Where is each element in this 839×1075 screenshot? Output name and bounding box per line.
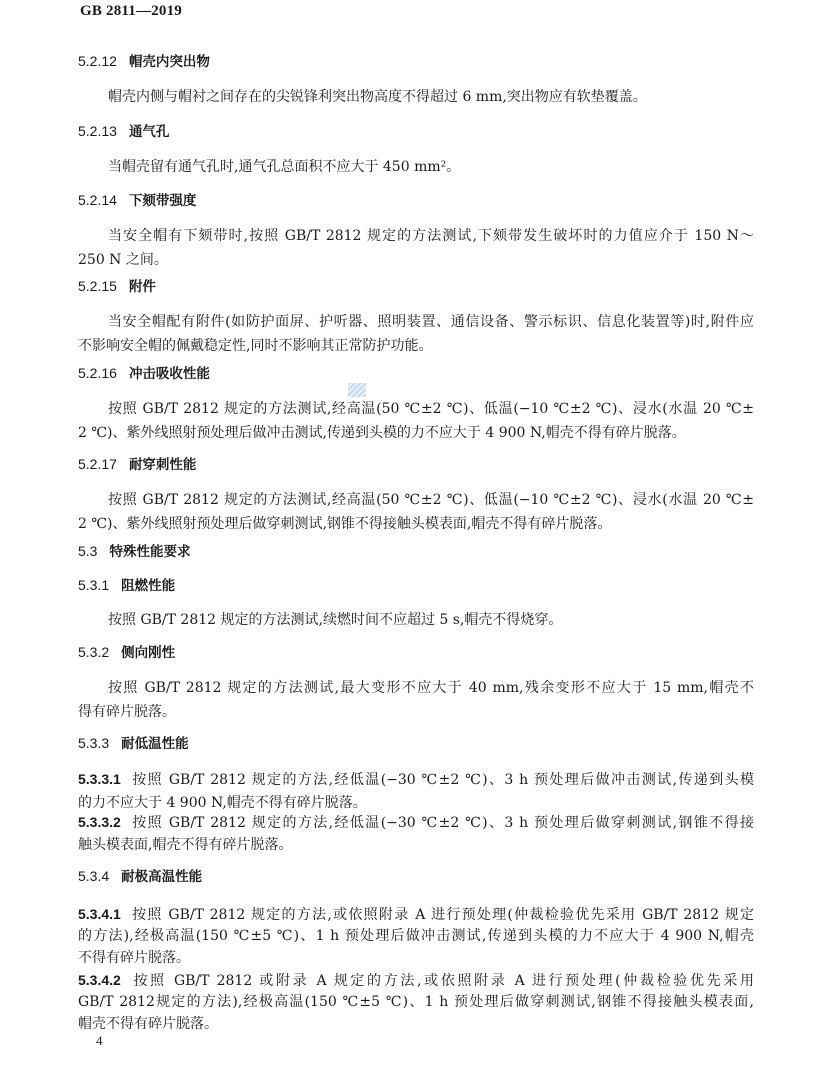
paragraph-line: 2 ℃)、紫外线照射预处理后做穿刺测试,钢锥不得接触头模表面,帽壳不得有碎片脱落… bbox=[78, 514, 611, 534]
paragraph-line: 当安全帽配有附件(如防护面屏、护听器、照明装置、通信设备、警示标识、信息化装置等… bbox=[108, 312, 754, 332]
clause-5-3-4-2-line: 5.3.4.2按照 GB/T 2812 或附录 A 规定的方法,或依照附录 A … bbox=[78, 970, 754, 991]
document-page: GB 2811—2019 5.2.12帽壳内突出物 帽壳内侧与帽衬之间存在的尖锐… bbox=[0, 0, 839, 1075]
clause-5-3-3-2-line: 5.3.3.2按照 GB/T 2812 规定的方法,经低温(−30 ℃±2 ℃)… bbox=[78, 812, 754, 833]
section-title: 阻燃性能 bbox=[121, 578, 175, 594]
paragraph-line: 帽壳内侧与帽衬之间存在的尖锐锋利突出物高度不得超过 6 mm,突出物应有软垫覆盖… bbox=[108, 87, 647, 107]
paragraph-line: 当安全帽有下颏带时,按照 GB/T 2812 规定的方法测试,下颏带发生破坏时的… bbox=[108, 226, 754, 246]
standard-id: GB 2811—2019 bbox=[80, 3, 182, 19]
clause-5-3-4-1-line: 5.3.4.1按照 GB/T 2812 规定的方法,或依照附录 A 进行预处理(… bbox=[78, 904, 754, 925]
paragraph-line: 的方法),经极高温(150 ℃±5 ℃)、1 h 预处理后做冲击测试,传递到头模… bbox=[78, 926, 754, 946]
paragraph-line: 得有碎片脱落。 bbox=[78, 702, 176, 722]
section-title: 下颏带强度 bbox=[129, 193, 197, 209]
clause-number: 5.3.3.1 bbox=[78, 771, 121, 787]
section-title: 附件 bbox=[129, 279, 156, 295]
paragraph-line: 的力不应大于 4 900 N,帽壳不得有碎片脱落。 bbox=[78, 793, 367, 813]
heading-5-2-14: 5.2.14下颏带强度 bbox=[78, 190, 196, 211]
section-number: 5.3.3 bbox=[78, 735, 109, 751]
section-number: 5.2.16 bbox=[78, 365, 117, 381]
section-title: 侧向刚性 bbox=[121, 645, 175, 661]
section-number: 5.2.15 bbox=[78, 278, 117, 294]
paragraph-line: 按照 GB/T 2812 规定的方法测试,续燃时间不应超过 5 s,帽壳不得烧穿… bbox=[108, 610, 562, 630]
clause-number: 5.3.4.1 bbox=[78, 906, 121, 922]
section-title: 冲击吸收性能 bbox=[129, 366, 210, 382]
section-number: 5.3.2 bbox=[78, 644, 109, 660]
section-title: 耐低温性能 bbox=[121, 736, 189, 752]
heading-5-2-13: 5.2.13通气孔 bbox=[78, 121, 169, 142]
clause-text: 按照 GB/T 2812 规定的方法,或依照附录 A 进行预处理(仲裁检验优先采… bbox=[131, 907, 754, 923]
heading-5-3-3: 5.3.3耐低温性能 bbox=[78, 733, 189, 754]
paragraph-line: 不影响安全帽的佩戴稳定性,同时不影响其正常防护功能。 bbox=[78, 336, 432, 356]
section-title: 帽壳内突出物 bbox=[129, 54, 210, 70]
paragraph-line: GB/T 2812规定的方法),经极高温(150 ℃±5 ℃)、1 h 预处理后… bbox=[78, 992, 754, 1012]
heading-5-2-12: 5.2.12帽壳内突出物 bbox=[78, 51, 210, 72]
paragraph-line: 250 N 之间。 bbox=[78, 250, 168, 270]
paragraph-line: 按照 GB/T 2812 规定的方法测试,最大变形不应大于 40 mm,残余变形… bbox=[108, 678, 754, 698]
paragraph-line: 帽壳不得有碎片脱落。 bbox=[78, 1014, 218, 1034]
clause-text: 按照 GB/T 2812 规定的方法,经低温(−30 ℃±2 ℃)、3 h 预处… bbox=[131, 815, 754, 831]
paragraph-line: 按照 GB/T 2812 规定的方法测试,经高温(50 ℃±2 ℃)、低温(−1… bbox=[108, 399, 754, 419]
heading-5-2-17: 5.2.17耐穿刺性能 bbox=[78, 454, 196, 475]
paragraph-line: 不得有碎片脱落。 bbox=[78, 948, 190, 968]
watermark-logo bbox=[348, 383, 366, 397]
section-number: 5.3 bbox=[78, 543, 97, 559]
section-number: 5.2.13 bbox=[78, 123, 117, 139]
section-number: 5.2.12 bbox=[78, 53, 117, 69]
page-number: 4 bbox=[96, 1033, 103, 1049]
clause-text: 按照 GB/T 2812 或附录 A 规定的方法,或依照附录 A 进行预处理(仲… bbox=[131, 973, 754, 989]
heading-5-3-2: 5.3.2侧向刚性 bbox=[78, 642, 175, 663]
clause-text: 按照 GB/T 2812 规定的方法,经低温(−30 ℃±2 ℃)、3 h 预处… bbox=[131, 772, 754, 788]
heading-5-2-15: 5.2.15附件 bbox=[78, 276, 156, 297]
paragraph-line: 2 ℃)、紫外线照射预处理后做冲击测试,传递到头模的力不应大于 4 900 N,… bbox=[78, 423, 686, 443]
section-title: 特殊性能要求 bbox=[109, 544, 190, 560]
standard-header: GB 2811—2019 bbox=[80, 2, 182, 20]
clause-5-3-3-1-line: 5.3.3.1按照 GB/T 2812 规定的方法,经低温(−30 ℃±2 ℃)… bbox=[78, 769, 754, 790]
heading-5-2-16: 5.2.16冲击吸收性能 bbox=[78, 363, 210, 384]
section-number: 5.2.14 bbox=[78, 192, 117, 208]
section-title: 通气孔 bbox=[129, 124, 170, 140]
section-number: 5.3.1 bbox=[78, 577, 109, 593]
paragraph-line: 按照 GB/T 2812 规定的方法测试,经高温(50 ℃±2 ℃)、低温(−1… bbox=[108, 490, 754, 510]
section-number: 5.2.17 bbox=[78, 456, 117, 472]
section-title: 耐穿刺性能 bbox=[129, 457, 197, 473]
heading-5-3-4: 5.3.4耐极高温性能 bbox=[78, 866, 202, 887]
clause-number: 5.3.3.2 bbox=[78, 814, 121, 830]
clause-number: 5.3.4.2 bbox=[78, 972, 121, 988]
heading-5-3: 5.3特殊性能要求 bbox=[78, 541, 190, 562]
paragraph-line: 触头模表面,帽壳不得有碎片脱落。 bbox=[78, 835, 292, 855]
section-number: 5.3.4 bbox=[78, 868, 109, 884]
heading-5-3-1: 5.3.1阻燃性能 bbox=[78, 575, 175, 596]
section-title: 耐极高温性能 bbox=[121, 869, 202, 885]
paragraph-line: 当帽壳留有通气孔时,通气孔总面积不应大于 450 mm²。 bbox=[108, 157, 460, 177]
